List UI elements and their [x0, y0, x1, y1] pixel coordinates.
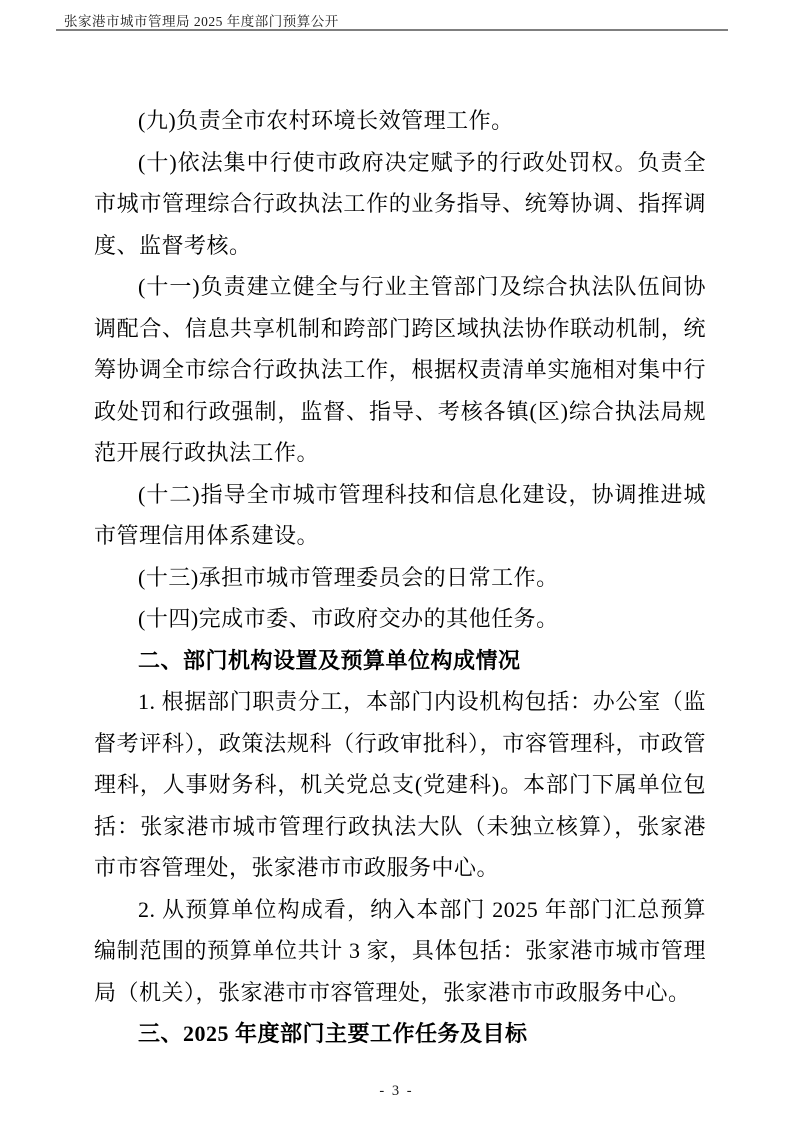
paragraph-duty-13: (十三)承担市城市管理委员会的日常工作。: [94, 557, 706, 599]
page-footer: - 3 -: [0, 1082, 793, 1100]
section-heading-2: 二、部门机构设置及预算单位构成情况: [94, 640, 706, 682]
paragraph-duty-10: (十)依法集中行使市政府决定赋予的行政处罚权。负责全市城市管理综合行政执法工作的…: [94, 142, 706, 267]
paragraph-duty-9: (九)负责全市农村环境长效管理工作。: [94, 100, 706, 142]
header-title: 张家港市城市管理局 2025 年度部门预算公开: [64, 10, 339, 30]
paragraph-org-structure: 1. 根据部门职责分工，本部门内设机构包括：办公室（监督考评科），政策法规科（行…: [94, 681, 706, 889]
page-number: - 3 -: [379, 1083, 413, 1099]
section-heading-3: 三、2025 年度部门主要工作任务及目标: [94, 1013, 706, 1055]
document-body: (九)负责全市农村环境长效管理工作。 (十)依法集中行使市政府决定赋予的行政处罚…: [94, 100, 706, 1055]
document-page: 张家港市城市管理局 2025 年度部门预算公开 (九)负责全市农村环境长效管理工…: [0, 0, 793, 1122]
paragraph-budget-units: 2. 从预算单位构成看，纳入本部门 2025 年部门汇总预算编制范围的预算单位共…: [94, 889, 706, 1014]
header-rule: [56, 29, 728, 31]
paragraph-duty-12: (十二)指导全市城市管理科技和信息化建设，协调推进城市管理信用体系建设。: [94, 474, 706, 557]
paragraph-duty-14: (十四)完成市委、市政府交办的其他任务。: [94, 598, 706, 640]
paragraph-duty-11: (十一)负责建立健全与行业主管部门及综合执法队伍间协调配合、信息共享机制和跨部门…: [94, 266, 706, 474]
